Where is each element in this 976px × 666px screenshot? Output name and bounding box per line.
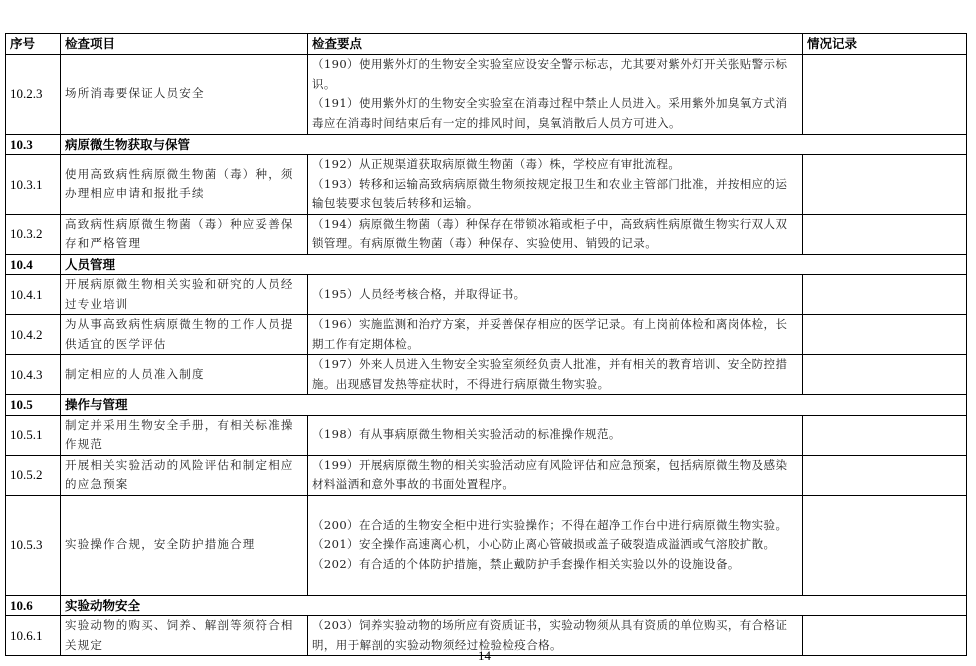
row-number: 10.6.1: [6, 616, 61, 656]
table-header-row: 序号 检查项目 检查要点 情况记录: [6, 34, 967, 55]
table-row: 10.5.3 实验操作合规，安全防护措施合理 （200）在合适的生物安全柜中进行…: [6, 495, 967, 595]
check-point: （199）开展病原微生物的相关实验活动应有风险评估和应急预案，包括病原微生物及感…: [312, 456, 798, 495]
check-item: 制定并采用生物安全手册，有相关标准操作规范: [61, 415, 308, 455]
table-row: 10.4.3 制定相应的人员准入制度 （197）外来人员进入生物安全实验室须经负…: [6, 355, 967, 395]
check-points: （190）使用紫外灯的生物安全实验室应设安全警示标志，尤其要对紫外灯开关张贴警示…: [308, 54, 803, 134]
table-row: 10.5.2 开展相关实验活动的风险评估和制定相应的应急预案 （199）开展病原…: [6, 455, 967, 495]
table-row: 10.4.1 开展病原微生物相关实验和研究的人员经过专业培训 （195）人员经考…: [6, 275, 967, 315]
section-title: 操作与管理: [61, 395, 967, 416]
record-cell[interactable]: [803, 275, 967, 315]
row-number: 10.4.1: [6, 275, 61, 315]
record-cell[interactable]: [803, 616, 967, 656]
table-row: 10.3.1 使用高致病性病原微生物菌（毒）种，须办理相应申请和报批手续 （19…: [6, 155, 967, 215]
check-point: （195）人员经考核合格，并取得证书。: [312, 285, 798, 305]
check-point: （201）安全操作高速离心机，小心防止离心管破损或盖子破裂造成溢洒或气溶胶扩散。: [312, 535, 798, 555]
record-cell[interactable]: [803, 415, 967, 455]
check-points: （197）外来人员进入生物安全实验室须经负责人批准，并有相关的教育培训、安全防控…: [308, 355, 803, 395]
document-page: 序号 检查项目 检查要点 情况记录 10.2.3 场所消毒要保证人员安全 （19…: [5, 33, 966, 656]
section-title: 病原微生物获取与保管: [61, 134, 967, 155]
check-point: （197）外来人员进入生物安全实验室须经负责人批准，并有相关的教育培训、安全防控…: [312, 355, 798, 394]
header-item: 检查项目: [61, 34, 308, 55]
check-item: 场所消毒要保证人员安全: [61, 54, 308, 134]
check-points: （200）在合适的生物安全柜中进行实验操作；不得在超净工作台中进行病原微生物实验…: [308, 495, 803, 595]
check-point: （203）饲养实验动物的场所应有资质证书，实验动物须从具有资质的单位购买，有合格…: [312, 616, 798, 655]
check-points: （198）有从事病原微生物相关实验活动的标准操作规范。: [308, 415, 803, 455]
header-points: 检查要点: [308, 34, 803, 55]
section-number: 10.4: [6, 254, 61, 275]
table-row: 10.3.2 高致病性病原微生物菌（毒）种应妥善保存和严格管理 （194）病原微…: [6, 214, 967, 254]
check-points: （195）人员经考核合格，并取得证书。: [308, 275, 803, 315]
check-point: （200）在合适的生物安全柜中进行实验操作；不得在超净工作台中进行病原微生物实验…: [312, 516, 798, 536]
check-item: 实验操作合规，安全防护措施合理: [61, 495, 308, 595]
record-cell[interactable]: [803, 214, 967, 254]
check-point: （190）使用紫外灯的生物安全实验室应设安全警示标志，尤其要对紫外灯开关张贴警示…: [312, 55, 798, 94]
row-number: 10.3.2: [6, 214, 61, 254]
header-no: 序号: [6, 34, 61, 55]
section-row: 10.6 实验动物安全: [6, 595, 967, 616]
record-cell[interactable]: [803, 155, 967, 215]
row-number: 10.5.1: [6, 415, 61, 455]
check-points: （203）饲养实验动物的场所应有资质证书，实验动物须从具有资质的单位购买，有合格…: [308, 616, 803, 656]
record-cell[interactable]: [803, 315, 967, 355]
record-cell[interactable]: [803, 355, 967, 395]
row-number: 10.5.2: [6, 455, 61, 495]
check-point: （192）从正规渠道获取病原微生物菌（毒）株，学校应有审批流程。: [312, 155, 798, 175]
check-item: 为从事高致病性病原微生物的工作人员提供适宜的医学评估: [61, 315, 308, 355]
section-title: 实验动物安全: [61, 595, 967, 616]
row-number: 10.5.3: [6, 495, 61, 595]
check-points: （192）从正规渠道获取病原微生物菌（毒）株，学校应有审批流程。 （193）转移…: [308, 155, 803, 215]
record-cell[interactable]: [803, 495, 967, 595]
check-point: （198）有从事病原微生物相关实验活动的标准操作规范。: [312, 425, 798, 445]
check-point: （196）实施监测和治疗方案，并妥善保存相应的医学记录。有上岗前体检和离岗体检，…: [312, 315, 798, 354]
section-row: 10.3 病原微生物获取与保管: [6, 134, 967, 155]
check-point: （194）病原微生物菌（毒）种保存在带锁冰箱或柜子中，高致病性病原微生物实行双人…: [312, 215, 798, 254]
section-row: 10.4 人员管理: [6, 254, 967, 275]
check-points: （194）病原微生物菌（毒）种保存在带锁冰箱或柜子中，高致病性病原微生物实行双人…: [308, 214, 803, 254]
record-cell[interactable]: [803, 455, 967, 495]
check-point: （202）有合适的个体防护措施，禁止戴防护手套操作相关实验以外的设施设备。: [312, 555, 798, 575]
section-number: 10.6: [6, 595, 61, 616]
check-point: （193）转移和运输高致病病原微生物须按规定报卫生和农业主管部门批准，并按相应的…: [312, 175, 798, 214]
row-number: 10.4.3: [6, 355, 61, 395]
page-number: 14: [478, 648, 491, 664]
header-record: 情况记录: [803, 34, 967, 55]
table-row: 10.4.2 为从事高致病性病原微生物的工作人员提供适宜的医学评估 （196）实…: [6, 315, 967, 355]
check-item: 开展病原微生物相关实验和研究的人员经过专业培训: [61, 275, 308, 315]
section-title: 人员管理: [61, 254, 967, 275]
row-number: 10.2.3: [6, 54, 61, 134]
check-point: （191）使用紫外灯的生物安全实验室在消毒过程中禁止人员进入。采用紫外加臭氧方式…: [312, 94, 798, 133]
check-item: 实验动物的购买、饲养、解剖等须符合相关规定: [61, 616, 308, 656]
inspection-checklist-table: 序号 检查项目 检查要点 情况记录 10.2.3 场所消毒要保证人员安全 （19…: [5, 33, 967, 656]
row-number: 10.4.2: [6, 315, 61, 355]
section-number: 10.5: [6, 395, 61, 416]
check-points: （199）开展病原微生物的相关实验活动应有风险评估和应急预案，包括病原微生物及感…: [308, 455, 803, 495]
check-item: 制定相应的人员准入制度: [61, 355, 308, 395]
row-number: 10.3.1: [6, 155, 61, 215]
section-number: 10.3: [6, 134, 61, 155]
table-row: 10.5.1 制定并采用生物安全手册，有相关标准操作规范 （198）有从事病原微…: [6, 415, 967, 455]
record-cell[interactable]: [803, 54, 967, 134]
check-item: 高致病性病原微生物菌（毒）种应妥善保存和严格管理: [61, 214, 308, 254]
check-points: （196）实施监测和治疗方案，并妥善保存相应的医学记录。有上岗前体检和离岗体检，…: [308, 315, 803, 355]
check-item: 开展相关实验活动的风险评估和制定相应的应急预案: [61, 455, 308, 495]
table-row: 10.2.3 场所消毒要保证人员安全 （190）使用紫外灯的生物安全实验室应设安…: [6, 54, 967, 134]
section-row: 10.5 操作与管理: [6, 395, 967, 416]
check-item: 使用高致病性病原微生物菌（毒）种，须办理相应申请和报批手续: [61, 155, 308, 215]
